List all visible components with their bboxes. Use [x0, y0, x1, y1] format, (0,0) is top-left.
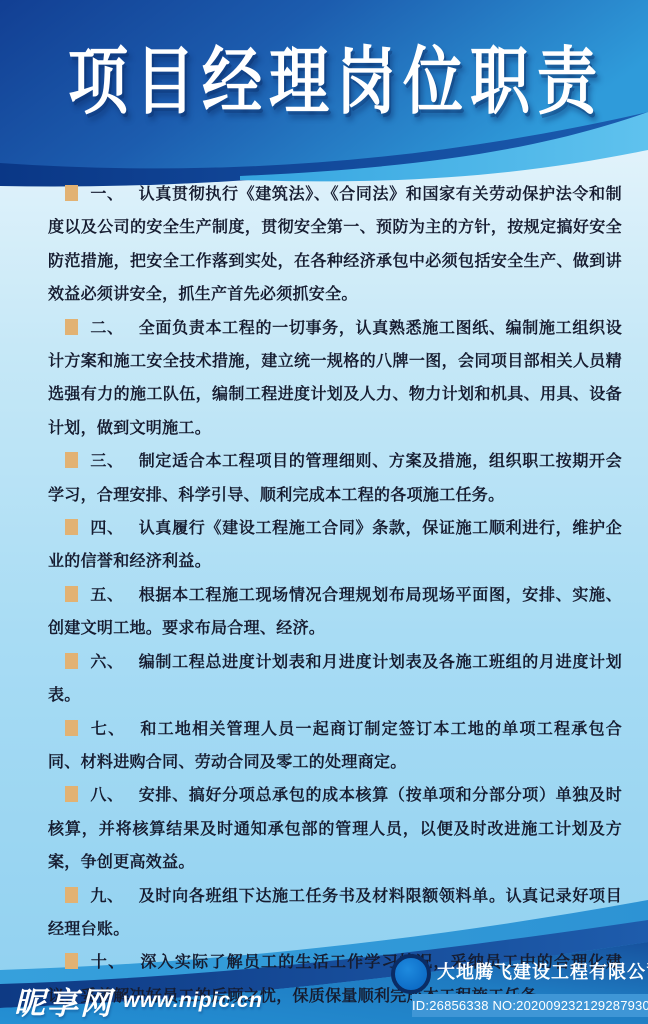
duty-number: 三、 [90, 453, 124, 470]
duty-text: 根据本工程施工现场情况合理规划布局现场平面图，安排、实施、创建文明工地。要求布局… [48, 587, 622, 637]
duty-text: 全面负责本工程的一切事务，认真熟悉施工图纸、编制施工组织设计方案和施工安全技术措… [48, 320, 622, 437]
bullet-square-icon [65, 953, 78, 969]
bullet-square-icon [65, 519, 78, 535]
bullet-square-icon [65, 586, 78, 602]
duty-item: 一、认真贯彻执行《建筑法》、《合同法》和国家有关劳动保护法令和制度以及公司的安全… [48, 178, 622, 312]
duty-item: 六、编制工程总进度计划表和月进度计划表及各施工班组的月进度计划表。 [48, 646, 622, 713]
duty-number: 四、 [90, 520, 124, 537]
bullet-square-icon [65, 653, 78, 669]
duty-item: 四、认真履行《建设工程施工合同》条款，保证施工顺利进行，维护企业的信誉和经济利益… [48, 512, 622, 579]
watermark-site-url: www.nipic.cn [123, 989, 262, 1012]
duty-text: 认真贯彻执行《建筑法》、《合同法》和国家有关劳动保护法令和制度以及公司的安全生产… [48, 186, 622, 303]
bullet-square-icon [65, 452, 78, 468]
duty-number: 十、 [90, 954, 125, 971]
bullet-square-icon [65, 720, 78, 736]
duty-item: 七、和工地相关管理人员一起商订制定签订本工地的单项工程承包合同、材料进购合同、劳… [48, 713, 622, 780]
duty-number: 五、 [90, 587, 124, 604]
duty-text: 安排、搞好分项总承包的成本核算（按单项和分部分项）单独及时核算，并将核算结果及时… [48, 787, 622, 871]
duty-list: 一、认真贯彻执行《建筑法》、《合同法》和国家有关劳动保护法令和制度以及公司的安全… [0, 172, 648, 1013]
duty-item: 三、制定适合本工程项目的管理细则、方案及措施，组织职工按期开会学习，合理安排、科… [48, 445, 622, 512]
duty-text: 制定适合本工程项目的管理细则、方案及措施，组织职工按期开会学习，合理安排、科学引… [48, 453, 622, 503]
duty-number: 八、 [90, 787, 124, 804]
company-name: 大地腾飞建设工程有限公司 [437, 958, 637, 984]
bullet-square-icon [65, 185, 78, 201]
duty-text: 及时向各班组下达施工任务书及材料限额领料单。认真记录好项目经理台账。 [48, 888, 622, 938]
duty-text: 编制工程总进度计划表和月进度计划表及各施工班组的月进度计划表。 [48, 654, 622, 704]
duty-text: 认真履行《建设工程施工合同》条款，保证施工顺利进行，维护企业的信誉和经济利益。 [48, 520, 622, 570]
duty-item: 九、及时向各班组下达施工任务书及材料限额领料单。认真记录好项目经理台账。 [48, 880, 622, 947]
poster-title: 项目经理岗位职责 [0, 45, 648, 118]
poster: 项目经理岗位职责 一、认真贯彻执行《建筑法》、《合同法》和国家有关劳动保护法令和… [0, 0, 648, 1024]
image-id-strip: ID:26856338 NO:20200923212928793088 [412, 994, 648, 1017]
bullet-square-icon [65, 319, 78, 335]
company-logo-icon [391, 954, 431, 994]
watermark-site-name: 昵享网 [14, 986, 113, 1021]
duty-item: 五、根据本工程施工现场情况合理规划布局现场平面图，安排、实施、创建文明工地。要求… [48, 579, 622, 646]
bullet-square-icon [65, 887, 78, 903]
duty-number: 二、 [90, 320, 124, 337]
duty-item: 二、全面负责本工程的一切事务，认真熟悉施工图纸、编制施工组织设计方案和施工安全技… [48, 312, 622, 446]
bullet-square-icon [65, 786, 78, 802]
duty-item: 八、安排、搞好分项总承包的成本核算（按单项和分部分项）单独及时核算，并将核算结果… [48, 779, 622, 879]
duty-text: 和工地相关管理人员一起商订制定签订本工地的单项工程承包合同、材料进购合同、劳动合… [48, 721, 622, 771]
duty-number: 六、 [90, 654, 124, 671]
duty-number: 九、 [90, 888, 124, 905]
duty-number: 一、 [90, 186, 124, 203]
duty-number: 七、 [90, 721, 125, 738]
watermark: 昵享网www.nipic.cn [14, 978, 262, 1023]
